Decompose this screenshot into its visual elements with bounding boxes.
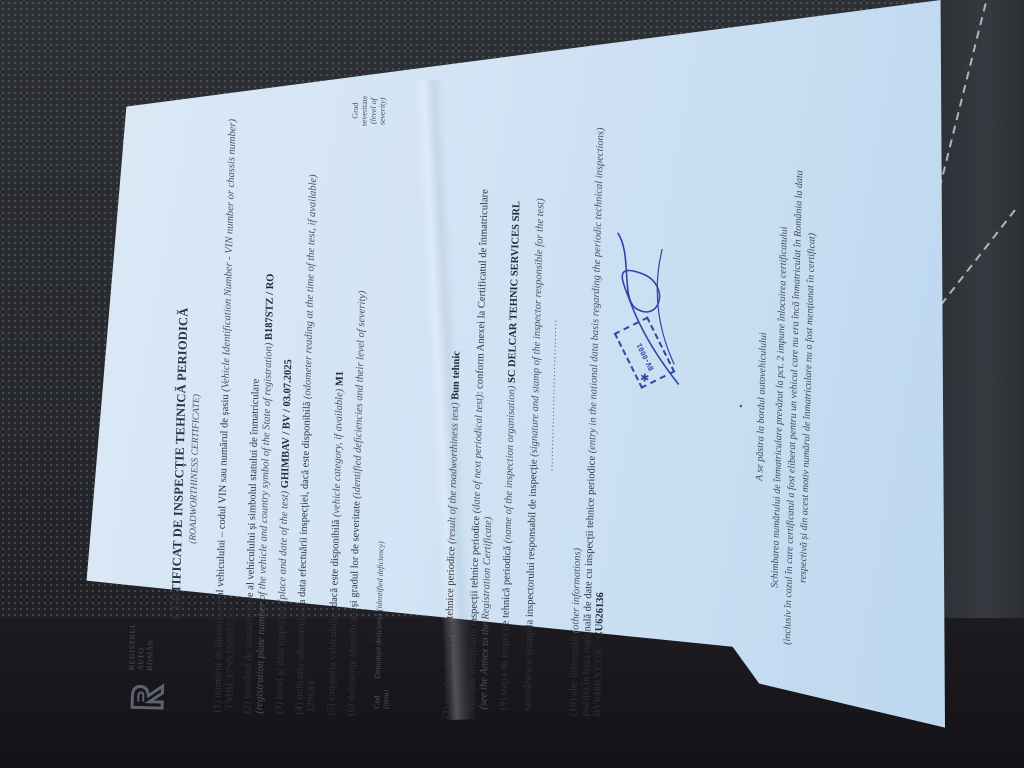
vin-value: TMBLJ7NS3N8047349 (224, 606, 238, 711)
code-column-header: Cod (item) (372, 689, 390, 709)
field-station: (9) stația de inspecție tehnică periodic… (498, 201, 522, 710)
severity-column-header: Grad severitate (level of severity) (350, 95, 387, 127)
document-subtitle: (ROADWORTHINESS CERTIFICATE) (188, 394, 202, 544)
place-date-value: GHIMBAV / BV / 03.07.2025 (280, 359, 294, 488)
other-info-value: BV048KVCUK / CU626136 (592, 592, 606, 717)
category-value: M1 (335, 371, 346, 386)
field-deficiencies: (6) deficiențe identificate și gradul lo… (346, 290, 368, 716)
field-result: (7) rezultatul inspecției tehnice period… (442, 351, 463, 719)
field-category: (5) categoria vehiculului, dacă este dis… (326, 371, 346, 716)
registration-value: B187STZ / RO (264, 273, 277, 340)
certificate-document: REGISTRUL AUTO ROMÂN CERTIFICAT DE INSPE… (120, 70, 906, 730)
star-icon: ✱ (637, 370, 653, 384)
rar-logo-icon (130, 682, 165, 711)
deficiency-column-header: Denumire deficiență (identified deficien… (373, 541, 386, 679)
signature-line: ........................................… (544, 319, 559, 471)
result-value: Bun tehnic (450, 351, 462, 400)
document-title: CERTIFICAT DE INSPECȚIE TEHNICĂ PERIODIC… (168, 307, 191, 619)
station-value: SC DELCAR TEHNIC SERVICES SRL (507, 201, 523, 383)
organization-name: REGISTRUL AUTO ROMÂN (127, 622, 155, 670)
field-signature: semnătura și ștampila inspectorului resp… (522, 198, 546, 711)
odometer-value: 129683 (306, 681, 318, 713)
field-place-date: (3) locul și data inspecției (place and … (274, 359, 294, 714)
field-odometer: (4) indicația odometrului la data efectu… (294, 174, 319, 715)
